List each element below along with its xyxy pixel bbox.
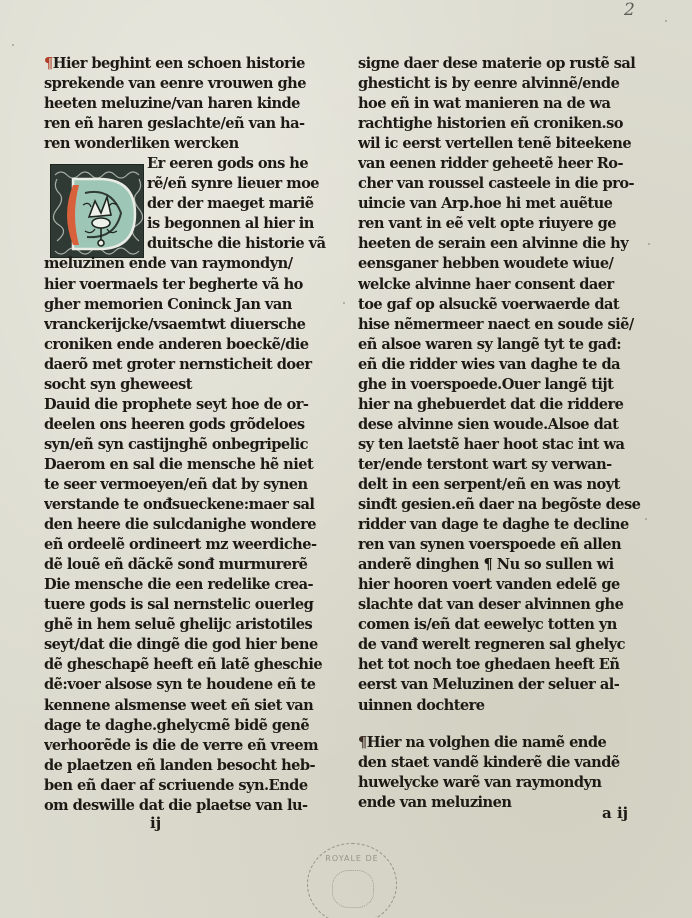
paper-speck <box>665 20 667 22</box>
paper-speck <box>645 518 647 520</box>
text-line: ¶Hier beghint een schoen historie <box>44 54 334 74</box>
text-line: meluzinen ende van raymondyn/ <box>44 254 334 274</box>
text-line: dẽ:voer alsose syn te houdene eñ te <box>44 675 334 695</box>
text-line: huwelycke warẽ van raymondyn <box>358 773 658 793</box>
text-line: uincie van Arp.hoe hi met auẽtue <box>358 194 658 214</box>
text-line: sinđt gesien.eñ daer na begõste dese <box>358 495 658 515</box>
signature-mark-right: a ij <box>602 804 628 822</box>
text-line: ren eñ haren geslachte/eñ van ha- <box>44 114 334 134</box>
text-line: den staet vandẽ kinderẽ die vandẽ <box>358 753 658 773</box>
text-line: toe gaf op alsuckẽ voerwaerde dat <box>358 295 658 315</box>
text-line: hier na ghebuerdet dat die riddere <box>358 395 658 415</box>
text-line: Er eeren gods ons he <box>44 154 334 174</box>
text-line: daerõ met groter nernsticheit doer <box>44 355 334 375</box>
folio-number: 2 <box>624 0 635 20</box>
text-line: verhoorẽde is die de verre eñ vreem <box>44 736 334 756</box>
book-page: 2 <box>0 0 692 918</box>
text-line: de vanđ werelt regneren sal ghelyc <box>358 635 658 655</box>
text-line: Daerom en sal die mensche hẽ niet <box>44 455 334 475</box>
text-line: rẽ/eñ synre lieuer moe <box>44 174 334 194</box>
text-line: hise nẽmermeer naect en soude siẽ/ <box>358 315 658 335</box>
text-line: socht syn gheweest <box>44 375 334 395</box>
text-line: hier hooren voert vanden edelẽ ge <box>358 575 658 595</box>
library-stamp: ROYALE DE <box>307 843 397 918</box>
text-line: dage te daghe.ghelycmẽ bidẽ genẽ <box>44 716 334 736</box>
text-line: ben eñ daer af scriuende syn.Ende <box>44 776 334 796</box>
text-line: eñ ordeelẽ ordineert mz weerdiche- <box>44 535 334 555</box>
text-line: anderẽ dinghen ¶ Nu so sullen wi <box>358 555 658 575</box>
text-line: ren van synen voerspoede eñ allen <box>358 535 658 555</box>
text-line: vranckerijcke/vsaemtwt diuersche <box>44 315 334 335</box>
text-line: seyt/dat die dingẽ die god hier bene <box>44 635 334 655</box>
text-line: sy ten laetstẽ haer hoot stac int wa <box>358 435 658 455</box>
text-line: syn/eñ syn castijnghẽ onbegripelic <box>44 435 334 455</box>
text-line: welcke alvinne haer consent daer <box>358 275 658 295</box>
stamp-crest-icon <box>332 870 374 908</box>
right-column: signe daer dese materie op rustẽ sal ghe… <box>358 54 658 813</box>
text-line: dese alvinne sien woude.Alsoe dat <box>358 415 658 435</box>
rubric-pilcrow: ¶ <box>358 734 367 751</box>
text-line: eñ die ridder wies van daghe te da <box>358 355 658 375</box>
text-line: rachtighe historien eñ croniken.so <box>358 114 658 134</box>
text-line: comen is/eñ dat eewelyc totten yn <box>358 615 658 635</box>
text-line: wil ic eerst vertellen tenẽ biteekene <box>358 134 658 154</box>
text-line: deelen ons heeren gods grõdeloes <box>44 415 334 435</box>
text-line: hoe eñ in wat manieren na de wa <box>358 94 658 114</box>
text-line: eerst van Meluzinen der seluer al- <box>358 675 658 695</box>
text-line: croniken ende anderen boeckẽ/die <box>44 335 334 355</box>
text-line: om deswille dat die plaetse van lu- <box>44 796 334 816</box>
stamp-text: ROYALE DE <box>308 854 396 863</box>
text-line: uinnen dochtere <box>358 696 658 716</box>
text-line: is begonnen al hier in <box>44 214 334 234</box>
text-line: eensganer hebben woudete wiue/ <box>358 254 658 274</box>
text-line: signe daer dese materie op rustẽ sal <box>358 54 658 74</box>
text-line: de plaetzen eñ landen besocht heb- <box>44 756 334 776</box>
text-line: tuere gods is sal nernstelic ouerleg <box>44 595 334 615</box>
text-line: het tot noch toe ghedaen heeft Eñ <box>358 655 658 675</box>
text-line: eñ alsoe waren sy langẽ tyt te gađ: <box>358 335 658 355</box>
text-line: dẽ gheschapẽ heeft eñ latẽ gheschie <box>44 655 334 675</box>
text-line: heeten de serain een alvinne die hy <box>358 234 658 254</box>
paper-speck <box>343 302 345 304</box>
text-line: slachte dat van deser alvinnen ghe <box>358 595 658 615</box>
text-line: te seer vermoeyen/eñ dat by synen <box>44 475 334 495</box>
paper-speck <box>12 44 14 46</box>
text-line: Die mensche die een redelike crea- <box>44 575 334 595</box>
text-line: ghẽ in hem seluẽ ghelijc aristotiles <box>44 615 334 635</box>
text-line: ter/ende terstont wart sy verwan- <box>358 455 658 475</box>
paper-speck <box>648 243 650 245</box>
text-line: duitsche die historie vã <box>44 234 334 254</box>
text-line: cher van roussel casteele in die pro- <box>358 174 658 194</box>
text-line: ren wonderliken wercken <box>44 134 334 154</box>
text-line: kennene alsmense weet eñ siet van <box>44 696 334 716</box>
text-line: van eenen ridder geheetẽ heer Ro- <box>358 154 658 174</box>
signature-mark-left: ij <box>150 814 161 832</box>
text-line: delt in een serpent/eñ en was noyt <box>358 475 658 495</box>
left-column: ¶Hier beghint een schoen historie spreke… <box>44 54 334 816</box>
text-line: Dauid die prophete seyt hoe de or- <box>44 395 334 415</box>
text-line: den heere die sulcdanighe wondere <box>44 515 334 535</box>
text-line: ridder van dage te daghe te decline <box>358 515 658 535</box>
text-line: gher memorien Coninck Jan van <box>44 295 334 315</box>
text-line: dẽ louẽ eñ dãckẽ sonđ murmurerẽ <box>44 555 334 575</box>
text-line: ghesticht is by eenre alvinnẽ/ende <box>358 74 658 94</box>
text-line: der der maeget mariẽ <box>44 194 334 214</box>
text-line: ¶Hier na volghen die namẽ ende <box>358 733 658 753</box>
text-line: ghe in voerspoede.Ouer langẽ tijt <box>358 375 658 395</box>
text-line: sprekende van eenre vrouwen ghe <box>44 74 334 94</box>
text-line: hier voermaels ter begherte vã ho <box>44 275 334 295</box>
text-line: ren vant in eẽ velt opte riuyere ge <box>358 214 658 234</box>
text-line: verstande te onđsueckene:maer sal <box>44 495 334 515</box>
rubric-pilcrow: ¶ <box>44 55 53 72</box>
text-line: heeten meluzine/van haren kinde <box>44 94 334 114</box>
